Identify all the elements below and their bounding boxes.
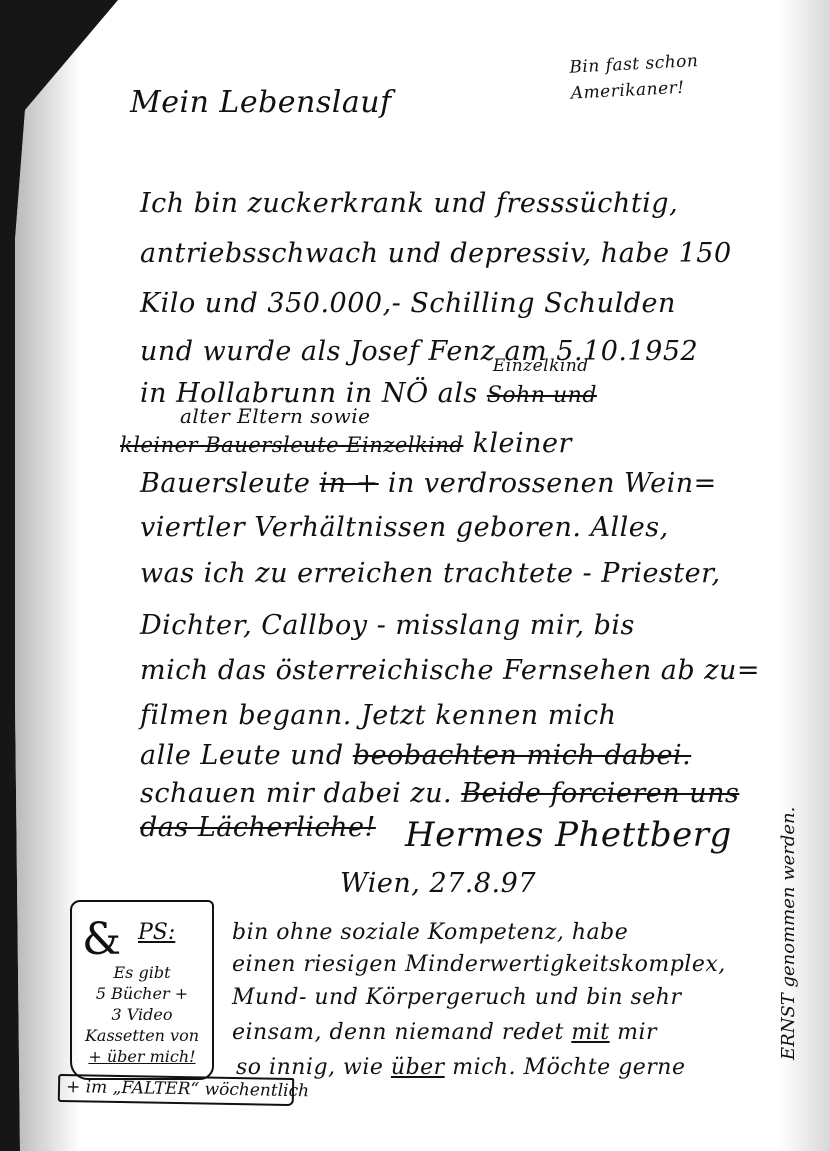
place-date: Wien, 27.8.97: [340, 868, 536, 899]
ps-box-line: + über mich!: [74, 1046, 210, 1067]
ps-box-line: Es gibt: [74, 962, 210, 983]
line14-text: schauen mir dabei zu.: [140, 778, 452, 809]
body-line-1: Ich bin zuckerkrank und fresssüchtig,: [140, 188, 678, 219]
body-line-12: filmen begann. Jetzt kennen mich: [140, 700, 617, 731]
body-line-2: antriebsschwach und depressiv, habe 150: [140, 238, 732, 269]
ps-label: PS:: [138, 920, 175, 945]
margin-note-vertical: ERNST genommen werden.: [778, 807, 799, 1060]
struck-sohn-und: Sohn und: [487, 383, 597, 408]
postscript-line-2: einen riesigen Minderwertigkeitskomplex,: [232, 952, 726, 977]
line13-text: alle Leute und: [140, 740, 344, 771]
body-line-15: das Lächerliche!: [140, 812, 376, 843]
body-line-11: mich das österreichische Fernsehen ab zu…: [140, 655, 760, 686]
postscript-line5-a: so innig, wie: [236, 1055, 383, 1080]
postscript-line-3: Mund- und Körpergeruch und bin sehr: [232, 985, 681, 1010]
body-line-13: alle Leute und beobachten mich dabei.: [140, 740, 691, 771]
ps-box-line: Kassetten von: [74, 1025, 210, 1046]
body-line-4: und wurde als Josef Fenz am 5.10.1952: [140, 336, 698, 367]
ps-box-line: 3 Video: [74, 1004, 210, 1025]
ps-box: & PS: Es gibt 5 Bücher + 3 Video Kassett…: [70, 900, 214, 1080]
underlined-mit: mit: [571, 1020, 609, 1045]
postscript-line4-a: einsam, denn niemand redet: [232, 1020, 564, 1045]
line7-text-a: Bauersleute: [140, 468, 310, 499]
body-line-9: was ich zu erreichen trachtete - Prieste…: [140, 558, 721, 589]
line7-text-b: in verdrossenen Wein=: [388, 468, 717, 499]
postscript-line5-b: mich. Möchte gerne: [452, 1055, 685, 1080]
insert-einzelkind: Einzelkind: [493, 356, 589, 376]
ampersand-mark: &: [82, 914, 121, 965]
struck-das-laecherliche: das Lächerliche!: [140, 812, 376, 843]
postscript-line-5: so innig, wie über mich. Möchte gerne: [236, 1055, 686, 1080]
postscript-line-1: bin ohne soziale Kompetenz, habe: [232, 920, 628, 945]
line6-text: kleiner: [472, 428, 571, 459]
signature: Hermes Phettberg: [405, 815, 732, 855]
body-line-10: Dichter, Callboy - misslang mir, bis: [140, 610, 635, 641]
falter-text: + im „FALTER“ wöchentlich: [66, 1077, 309, 1101]
struck-beide-forcieren: Beide forcieren uns: [461, 778, 739, 809]
struck-in: in +: [320, 468, 379, 499]
document-title: Mein Lebenslauf: [130, 85, 392, 120]
underlined-ueber: über: [391, 1055, 445, 1080]
struck-beobachten: beobachten mich dabei.: [353, 740, 691, 771]
margin-note-top: Bin fast schon Amerikaner!: [569, 45, 751, 106]
body-line-8: viertler Verhältnissen geboren. Alles,: [140, 512, 669, 543]
ps-box-text: Es gibt 5 Bücher + 3 Video Kassetten von…: [74, 962, 210, 1067]
body-line-7: Bauersleute in + in verdrossenen Wein=: [140, 468, 717, 499]
postscript-line4-b: mir: [617, 1020, 657, 1045]
insert-alter-eltern-sowie: alter Eltern sowie: [180, 404, 370, 428]
body-line-6: alter Eltern sowie kleiner Bauersleute E…: [120, 428, 572, 459]
body-line-14: schauen mir dabei zu. Beide forcieren un…: [140, 778, 739, 809]
postscript-line-4: einsam, denn niemand redet mit mir: [232, 1020, 657, 1045]
body-line-3: Kilo und 350.000,- Schilling Schulden: [140, 288, 676, 319]
struck-kleiner-bauersleute: kleiner Bauersleute Einzelkind: [120, 433, 463, 457]
ps-box-line: 5 Bücher +: [74, 983, 210, 1004]
page-left-shadow: [0, 0, 80, 1151]
